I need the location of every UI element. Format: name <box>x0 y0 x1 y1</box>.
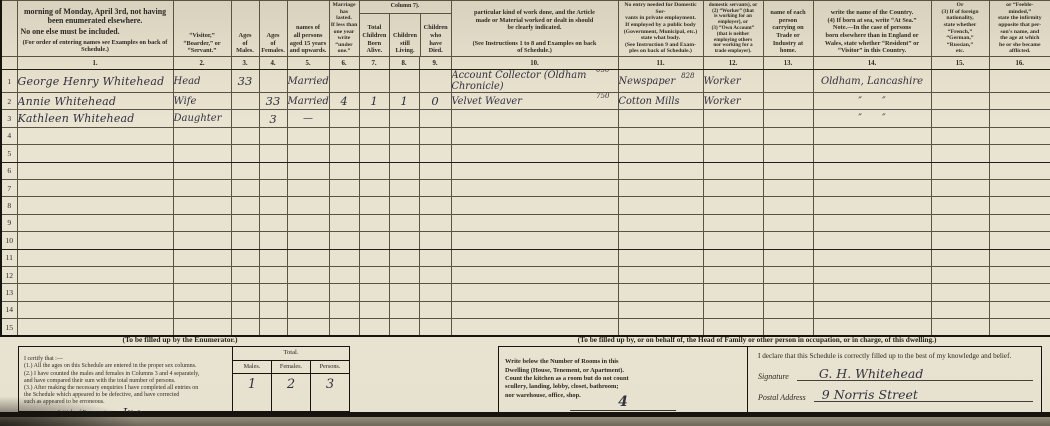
cell-living <box>389 301 419 318</box>
totals-title: Total. <box>233 347 349 361</box>
cell-living <box>389 162 419 179</box>
cell-age_f: 33 <box>259 93 287 110</box>
col-number-14: 14. <box>813 57 931 70</box>
household-box: Write below the Number of Rooms in this … <box>498 346 1042 414</box>
cell-born <box>359 214 389 231</box>
cell-num: 13 <box>1 284 17 301</box>
group-header-children: Column 7). <box>360 1 451 14</box>
cell-marriage <box>287 145 329 162</box>
cell-died <box>419 162 451 179</box>
col-header-7-9-group: Column 7). Total Children Born Alive. Ch… <box>359 1 451 57</box>
cell-at_home <box>763 179 813 196</box>
totals-table: Total. Males. Females. Persons. 1 2 3 <box>232 347 349 411</box>
cell-age_f <box>259 232 287 249</box>
cell-occupation <box>451 145 618 162</box>
cell-infirmity <box>989 162 1050 179</box>
cell-born <box>359 179 389 196</box>
declaration-text: I declare that this Schedule is correctl… <box>758 352 1033 360</box>
scan-corner-shadow <box>0 396 140 426</box>
bottom-section: (To be filled up by the Enumerator.) I c… <box>0 330 1050 426</box>
cell-years <box>329 284 359 301</box>
cell-at_home <box>763 249 813 266</box>
cell-died <box>419 249 451 266</box>
cell-name <box>17 214 173 231</box>
cell-num: 1 <box>1 70 17 93</box>
col-number-1: 1. <box>17 57 173 70</box>
cell-born <box>359 162 389 179</box>
address-value: 9 Norris Street <box>814 388 1033 402</box>
cell-died <box>419 232 451 249</box>
cell-occupation <box>451 197 618 214</box>
cell-employment <box>703 284 763 301</box>
cell-born <box>359 197 389 214</box>
cell-num: 12 <box>1 266 17 283</box>
cell-living <box>389 127 419 144</box>
totals-values: 1 2 3 <box>233 374 349 411</box>
cell-age_m <box>231 127 259 144</box>
cell-age_f <box>259 284 287 301</box>
col-number-9: 9. <box>419 57 451 70</box>
col-header-11: answered here. No entry needed for Domes… <box>618 1 703 57</box>
cell-nationality <box>931 110 989 127</box>
col-number-7: 7. <box>359 57 389 70</box>
cell-died <box>419 145 451 162</box>
cell-born: 1 <box>359 93 389 110</box>
cell-name: Annie Whitehead <box>17 93 173 110</box>
cell-occupation <box>451 249 618 266</box>
cell-birthplace: ″ ″ <box>813 93 931 110</box>
cell-industry <box>618 162 703 179</box>
col-header-14: write the name of the Country. (4) If bo… <box>813 1 931 57</box>
cell-living <box>389 284 419 301</box>
page-edge <box>0 417 1050 426</box>
cell-age_m <box>231 145 259 162</box>
cell-industry: 828Newspaper <box>618 70 703 93</box>
cell-name <box>17 284 173 301</box>
rooms-count-value: 4 <box>570 395 676 411</box>
totals-labels: Males. Females. Persons. <box>233 361 349 374</box>
cell-age_m: 33 <box>231 70 259 93</box>
cell-years <box>329 214 359 231</box>
cell-infirmity <box>989 249 1050 266</box>
cell-years <box>329 110 359 127</box>
cell-num: 9 <box>1 214 17 231</box>
cell-occupation <box>451 214 618 231</box>
table-row: 11 <box>1 249 1050 266</box>
cell-living <box>389 266 419 283</box>
cell-at_home <box>763 232 813 249</box>
cell-living: 1 <box>389 93 419 110</box>
table-row: 12 <box>1 266 1050 283</box>
cell-employment <box>703 110 763 127</box>
cell-born <box>359 249 389 266</box>
cell-at_home <box>763 266 813 283</box>
cell-occupation <box>451 232 618 249</box>
cell-employment <box>703 266 763 283</box>
cell-infirmity <box>989 110 1050 127</box>
cell-relationship <box>173 162 231 179</box>
cell-born <box>359 70 389 93</box>
cell-num: 4 <box>1 127 17 144</box>
col-header-3: Ages of Males. <box>231 1 259 57</box>
cell-at_home <box>763 70 813 93</box>
cell-born <box>359 301 389 318</box>
cell-industry <box>618 284 703 301</box>
col-header-4: Ages of Females. <box>259 1 287 57</box>
cell-born <box>359 145 389 162</box>
cell-relationship <box>173 249 231 266</box>
cell-died <box>419 179 451 196</box>
cell-relationship: Head <box>173 70 231 93</box>
table-row: 5 <box>1 145 1050 162</box>
cell-age_f <box>259 301 287 318</box>
cell-infirmity <box>989 145 1050 162</box>
cell-occupation <box>451 162 618 179</box>
cell-nationality <box>931 70 989 93</box>
cell-at_home <box>763 301 813 318</box>
cell-occupation <box>451 127 618 144</box>
cell-age_m <box>231 249 259 266</box>
cell-industry <box>618 197 703 214</box>
table-row: 1George Henry WhiteheadHead33Married050A… <box>1 70 1050 93</box>
cell-age_m <box>231 214 259 231</box>
col-number-11: 11. <box>618 57 703 70</box>
cell-occupation <box>451 284 618 301</box>
col-header-15: Or (3) If of foreign nationality, state … <box>931 1 989 57</box>
cell-birthplace <box>813 232 931 249</box>
cell-marriage <box>287 284 329 301</box>
cell-living <box>389 197 419 214</box>
cell-infirmity <box>989 127 1050 144</box>
cell-nationality <box>931 284 989 301</box>
males-label: Males. <box>233 361 271 373</box>
table-row: 14 <box>1 301 1050 318</box>
cell-marriage <box>287 214 329 231</box>
cell-nationality <box>931 145 989 162</box>
cell-occupation <box>451 266 618 283</box>
cell-died <box>419 266 451 283</box>
cell-age_f <box>259 179 287 196</box>
cell-years <box>329 266 359 283</box>
cell-name <box>17 162 173 179</box>
cell-employment <box>703 162 763 179</box>
cell-living <box>389 214 419 231</box>
cell-nationality <box>931 162 989 179</box>
cell-age_f <box>259 127 287 144</box>
cell-industry <box>618 127 703 144</box>
cell-at_home <box>763 162 813 179</box>
cell-age_f <box>259 70 287 93</box>
cell-name <box>17 127 173 144</box>
cell-marriage <box>287 127 329 144</box>
occupation-text: Velvet Weaver <box>452 96 522 107</box>
cell-employment <box>703 249 763 266</box>
cell-num: 11 <box>1 249 17 266</box>
col-header-13: name of each person carrying on Trade or… <box>763 1 813 57</box>
census-schedule-scan: { "table": { "header": { "c1": { "line1"… <box>0 0 1050 426</box>
cell-at_home <box>763 284 813 301</box>
col-header-12: domestic servants), or (2) “Worker” (tha… <box>703 1 763 57</box>
col-number-4: 4. <box>259 57 287 70</box>
col-number-6: 6. <box>329 57 359 70</box>
table-body: 1George Henry WhiteheadHead33Married050A… <box>1 70 1050 336</box>
cell-died <box>419 110 451 127</box>
enumerator-section-title: (To be filled up by the Enumerator.) <box>30 335 330 344</box>
col-number-8: 8. <box>389 57 419 70</box>
cell-age_f <box>259 214 287 231</box>
cell-infirmity <box>989 284 1050 301</box>
cell-at_home <box>763 145 813 162</box>
cell-industry: Cotton Mills <box>618 93 703 110</box>
cell-at_home <box>763 110 813 127</box>
cell-relationship <box>173 284 231 301</box>
cell-born <box>359 127 389 144</box>
cell-relationship <box>173 301 231 318</box>
address-row: Postal Address 9 Norris Street <box>758 388 1033 402</box>
col-header-16: or “Feeble- minded,” state the infirmity… <box>989 1 1050 57</box>
cell-years <box>329 127 359 144</box>
males-total: 1 <box>233 374 271 411</box>
cell-birthplace: ″ ″ <box>813 110 931 127</box>
cell-num: 5 <box>1 145 17 162</box>
cell-name <box>17 301 173 318</box>
cell-nationality <box>931 266 989 283</box>
col-header-rownum <box>1 1 17 57</box>
cell-born <box>359 110 389 127</box>
cell-relationship: Daughter <box>173 110 231 127</box>
col-number-2: 2. <box>173 57 231 70</box>
col-header-10: particular kind of work done, and the Ar… <box>451 1 618 57</box>
cell-marriage <box>287 249 329 266</box>
cell-years <box>329 179 359 196</box>
cell-living <box>389 70 419 93</box>
col-header-8: Children still Living. <box>389 14 420 56</box>
cell-num: 2 <box>1 93 17 110</box>
cell-employment <box>703 301 763 318</box>
females-label: Females. <box>271 361 310 373</box>
cell-employment <box>703 232 763 249</box>
females-total: 2 <box>271 374 310 411</box>
cell-age_m <box>231 110 259 127</box>
cell-years: 4 <box>329 93 359 110</box>
cell-infirmity <box>989 214 1050 231</box>
cell-born <box>359 266 389 283</box>
cell-industry <box>618 301 703 318</box>
cell-age_m <box>231 301 259 318</box>
col-header-2: “Visitor,” “Boarder,” or “Servant.” <box>173 1 231 57</box>
cell-industry <box>618 179 703 196</box>
cell-name <box>17 145 173 162</box>
cell-birthplace <box>813 127 931 144</box>
cell-born <box>359 284 389 301</box>
col-number-16: 16. <box>989 57 1050 70</box>
cell-num: 3 <box>1 110 17 127</box>
cell-died <box>419 214 451 231</box>
cell-employment <box>703 127 763 144</box>
cell-died <box>419 197 451 214</box>
cell-relationship <box>173 232 231 249</box>
cell-died <box>419 284 451 301</box>
cell-industry <box>618 249 703 266</box>
signature-label: Signature <box>758 372 789 381</box>
cell-employment <box>703 179 763 196</box>
cell-marriage <box>287 232 329 249</box>
cell-age_m <box>231 232 259 249</box>
cell-employment <box>703 214 763 231</box>
cell-relationship <box>173 214 231 231</box>
cell-nationality <box>931 214 989 231</box>
cell-infirmity <box>989 197 1050 214</box>
cell-industry <box>618 232 703 249</box>
cell-num: 7 <box>1 179 17 196</box>
cell-name: Kathleen Whitehead <box>17 110 173 127</box>
cell-living <box>389 110 419 127</box>
rooms-instructions: Write below the Number of Rooms in this … <box>505 358 629 398</box>
cell-industry <box>618 145 703 162</box>
table-row: 13 <box>1 284 1050 301</box>
occupation-code: 750 <box>596 93 609 100</box>
cell-birthplace: Oldham, Lancashire <box>813 70 931 93</box>
cell-industry <box>618 110 703 127</box>
cell-age_f <box>259 162 287 179</box>
cell-relationship <box>173 266 231 283</box>
cell-nationality <box>931 232 989 249</box>
rooms-box: Write below the Number of Rooms in this … <box>499 347 748 413</box>
table-row: 10 <box>1 232 1050 249</box>
cell-years <box>329 145 359 162</box>
cell-years <box>329 162 359 179</box>
col-number-5: 5. <box>287 57 329 70</box>
cell-birthplace <box>813 214 931 231</box>
header-note-line1: morning of Monday, April 3rd, not having… <box>21 7 170 25</box>
cell-infirmity <box>989 179 1050 196</box>
cell-marriage: Married <box>287 93 329 110</box>
header-note-line3: (For order of entering names see Example… <box>21 39 170 54</box>
cell-nationality <box>931 179 989 196</box>
cell-age_m <box>231 162 259 179</box>
table-row: 9 <box>1 214 1050 231</box>
signature-row: Signature G. H. Whitehead <box>758 367 1033 381</box>
cell-birthplace <box>813 266 931 283</box>
cell-years <box>329 232 359 249</box>
cell-num: 6 <box>1 162 17 179</box>
cell-relationship <box>173 179 231 196</box>
declaration-box: I declare that this Schedule is correctl… <box>748 347 1041 413</box>
cell-birthplace <box>813 162 931 179</box>
cell-marriage <box>287 197 329 214</box>
cell-employment: Worker <box>703 93 763 110</box>
cell-nationality <box>931 249 989 266</box>
col-header-9: Children who have Died. <box>420 14 451 56</box>
cell-age_f: 3 <box>259 110 287 127</box>
cell-at_home <box>763 93 813 110</box>
table-header: morning of Monday, April 3rd, not having… <box>1 1 1050 70</box>
header-note-line2: No one else must be included. <box>21 27 170 36</box>
census-table: morning of Monday, April 3rd, not having… <box>0 0 1050 337</box>
cell-occupation <box>451 110 618 127</box>
col-header-7: Total Children Born Alive. <box>360 14 390 56</box>
cell-died <box>419 70 451 93</box>
cell-living <box>389 179 419 196</box>
cell-infirmity <box>989 70 1050 93</box>
cell-nationality <box>931 127 989 144</box>
cell-num: 14 <box>1 301 17 318</box>
cell-born <box>359 232 389 249</box>
industry-code: 828 <box>681 72 694 80</box>
cell-nationality <box>931 301 989 318</box>
table-row: 7 <box>1 179 1050 196</box>
persons-total: 3 <box>310 374 349 411</box>
cell-infirmity <box>989 266 1050 283</box>
col-header-6: Marriage has lasted. If less than one ye… <box>329 1 359 57</box>
cell-age_m <box>231 284 259 301</box>
cell-birthplace <box>813 301 931 318</box>
cell-num: 10 <box>1 232 17 249</box>
cell-relationship <box>173 197 231 214</box>
cell-occupation <box>451 179 618 196</box>
industry-text: Newspaper <box>619 76 676 87</box>
cell-relationship <box>173 145 231 162</box>
cell-nationality <box>931 93 989 110</box>
cell-birthplace <box>813 284 931 301</box>
signature-value: G. H. Whitehead <box>797 367 1033 381</box>
cell-marriage: — <box>287 110 329 127</box>
cell-marriage <box>287 266 329 283</box>
address-label: Postal Address <box>758 393 806 402</box>
occupation-text: Account Collector (Oldham Chronicle) <box>452 70 587 92</box>
cell-living <box>389 232 419 249</box>
cell-infirmity <box>989 232 1050 249</box>
col-number-10: 10. <box>451 57 618 70</box>
cell-age_m <box>231 179 259 196</box>
cell-nationality <box>931 197 989 214</box>
cell-occupation <box>451 301 618 318</box>
cell-years <box>329 249 359 266</box>
cell-occupation: 050Account Collector (Oldham Chronicle) <box>451 70 618 93</box>
cell-birthplace <box>813 145 931 162</box>
cell-marriage <box>287 179 329 196</box>
cell-years <box>329 301 359 318</box>
cell-at_home <box>763 127 813 144</box>
occupation-code: 050 <box>596 70 609 75</box>
cell-age_m <box>231 266 259 283</box>
col-header-5: names of all persons aged 15 years and u… <box>287 1 329 57</box>
cell-infirmity <box>989 301 1050 318</box>
cell-age_m <box>231 93 259 110</box>
cell-relationship: Wife <box>173 93 231 110</box>
cell-birthplace <box>813 249 931 266</box>
cell-died <box>419 127 451 144</box>
cell-name: George Henry Whitehead <box>17 70 173 93</box>
cell-died <box>419 301 451 318</box>
col-header-1: morning of Monday, April 3rd, not having… <box>17 1 173 57</box>
col-number-blank <box>1 57 17 70</box>
cell-relationship <box>173 127 231 144</box>
col-number-15: 15. <box>931 57 989 70</box>
cell-employment <box>703 145 763 162</box>
cell-at_home <box>763 214 813 231</box>
col-number-3: 3. <box>231 57 259 70</box>
table-row: 8 <box>1 197 1050 214</box>
cell-name <box>17 232 173 249</box>
table-row: 6 <box>1 162 1050 179</box>
cell-employment: Worker <box>703 70 763 93</box>
cell-name <box>17 197 173 214</box>
cell-died: 0 <box>419 93 451 110</box>
cell-marriage <box>287 162 329 179</box>
table-row: 4 <box>1 127 1050 144</box>
household-section-title: (To be filled up by, or on behalf of, th… <box>468 335 1046 344</box>
